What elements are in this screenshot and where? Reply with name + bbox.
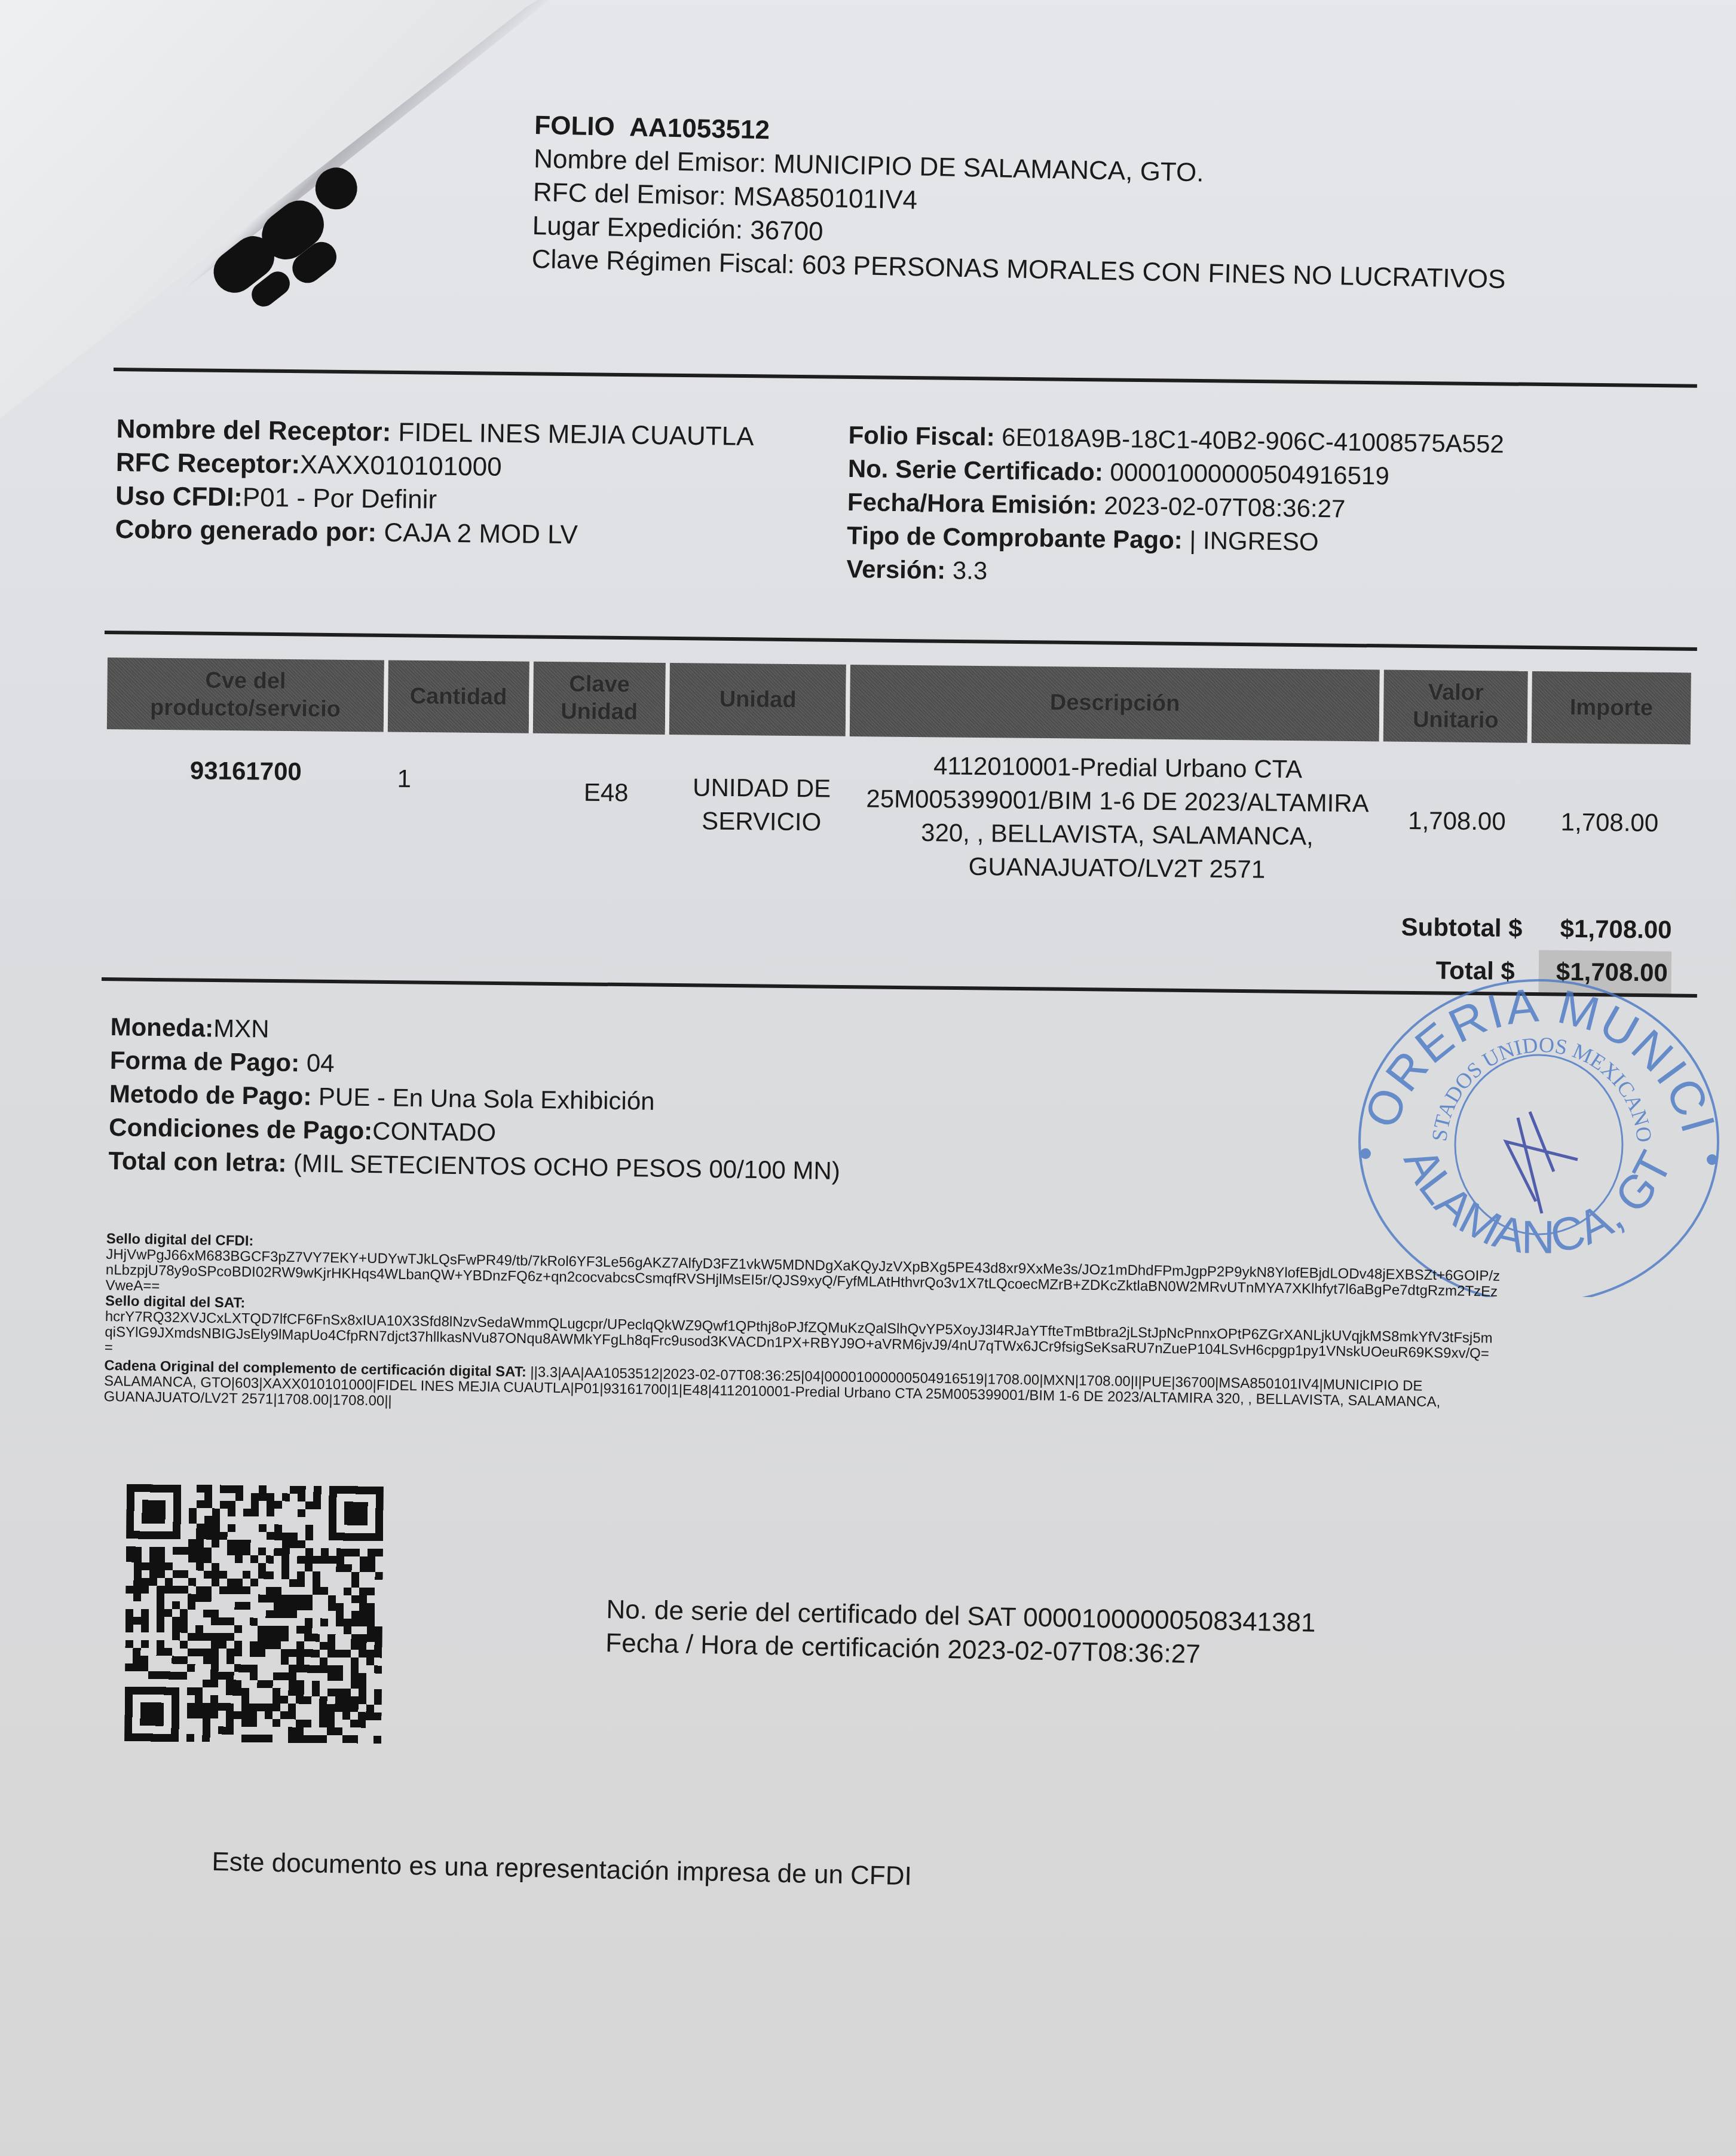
version-label: Versión: [846,555,945,584]
col-header-unidad: Unidad [669,663,850,736]
tipo-comprobante: | INGRESO [1189,526,1319,556]
receptor-rfc-label: RFC Receptor: [116,448,301,479]
cell-valor-unitario: 1,708.00 [1383,754,1530,889]
seal-icon: TESORERIA MUNICIPAL ESTADOS UNIDOS MEXIC… [1339,962,1733,1297]
version-value: 3.3 [953,556,988,585]
digital-stamps: Sello digital del CFDI: JHjVwPgJ66xM683B… [103,1231,1695,1430]
payment-block: Moneda:MXN Forma de Pago: 04 Metodo de P… [108,1010,842,1188]
tipo-comprobante-label: Tipo de Comprobante Pago: [847,521,1183,554]
receptor-block: Nombre del Receptor: FIDEL INES MEJIA CU… [115,412,754,554]
emitter-rfc-label: RFC del Emisor: [533,178,727,211]
qr-code [124,1481,384,1747]
cell-clave: 93161700 [106,741,386,877]
concepts-table: Cve del producto/servicio Cantidad Clave… [106,657,1691,890]
cert-serie-label: No. de serie del certificado del SAT [606,1595,1016,1632]
emitter-rfc: MSA850101IV4 [733,182,917,215]
col-header-cantidad: Cantidad [387,660,533,733]
qr-code-icon [124,1481,384,1747]
forma-pago: 04 [307,1049,335,1078]
condiciones-value: CONTADO [372,1117,497,1146]
folio-fiscal-label: Folio Fiscal: [848,421,995,451]
moneda-label: Moneda: [110,1013,213,1042]
col-header-descripcion: Descripción [850,665,1384,742]
col-header-clave: Cve del producto/servicio [107,657,388,732]
cell-clave-unidad: E48 [538,745,673,880]
cell-cantidad: 1 [384,744,540,879]
fecha-emision-label: Fecha/Hora Emisión: [847,488,1097,519]
uso-cfdi: P01 - Por Definir [243,483,437,515]
lugar-label: Lugar Expedición: [532,211,743,244]
cell-unidad: UNIDAD DE SERVICIO [672,747,851,882]
col-header-importe: Importe [1532,671,1691,745]
table-row: 93161700 1 E48 UNIDAD DE SERVICIO 411201… [106,729,1691,890]
cert-serie: 00001000000508341381 [1023,1603,1316,1637]
metodo-pago-label: Metodo de Pago: [109,1079,312,1111]
emitter-name-label: Nombre del Emisor: [534,144,767,178]
receptor-rfc: XAXX010101000 [300,450,502,482]
folio-label: FOLIO [534,111,615,142]
condiciones-label: Condiciones de Pago: [109,1113,373,1145]
table-header: Cve del producto/servicio Cantidad Clave… [107,657,1691,744]
forma-pago-label: Forma de Pago: [110,1046,300,1077]
moneda-value: MXN [213,1014,270,1042]
col-header-valor-unitario: Valor Unitario [1383,670,1532,743]
cert-fecha: 2023-02-07T08:36:27 [947,1635,1201,1669]
subtotal-value: $1,708.00 [1546,907,1672,952]
col-header-clave-unidad: Clave Unidad [533,662,670,735]
regimen-label: Clave Régimen Fiscal: [531,244,795,279]
subtotal-label: Subtotal $ [1401,906,1523,950]
lugar-value: 36700 [750,216,823,247]
receptor-name: FIDEL INES MEJIA CUAUTLA [398,418,754,451]
folio-value: AA1053512 [629,112,770,145]
uso-cfdi-label: Uso CFDI: [115,481,243,512]
total-letra: (MIL SETECIENTOS OCHO PESOS 00/100 MN) [293,1149,840,1185]
cobro-value: CAJA 2 MOD LV [384,518,578,549]
fiscal-block: Folio Fiscal: 6E018A9B-18C1-40B2-906C-41… [846,418,1504,595]
cobro-label: Cobro generado por: [115,515,376,547]
certification-block: No. de serie del certificado del SAT 000… [605,1593,1316,1674]
cell-descripcion: 4112010001-Predial Urbano CTA 25M0053990… [850,748,1385,888]
metodo-pago: PUE - En Una Sola Exhibición [319,1082,655,1115]
serie-cert: 00001000000504916519 [1110,458,1389,490]
fecha-emision: 2023-02-07T08:36:27 [1104,491,1346,523]
emitter-block: FOLIO AA1053512 Nombre del Emisor: MUNIC… [531,109,1509,296]
total-letra-label: Total con letra: [108,1146,287,1177]
cell-importe: 1,708.00 [1529,755,1690,891]
receptor-name-label: Nombre del Receptor: [116,414,391,447]
serie-cert-label: No. Serie Certificado: [848,454,1104,486]
tesoreria-seal: TESORERIA MUNICIPAL ESTADOS UNIDOS MEXIC… [1339,962,1733,1297]
cert-fecha-label: Fecha / Hora de certificación [605,1628,941,1664]
folio-fiscal: 6E018A9B-18C1-40B2-906C-41008575A552 [1002,423,1504,458]
